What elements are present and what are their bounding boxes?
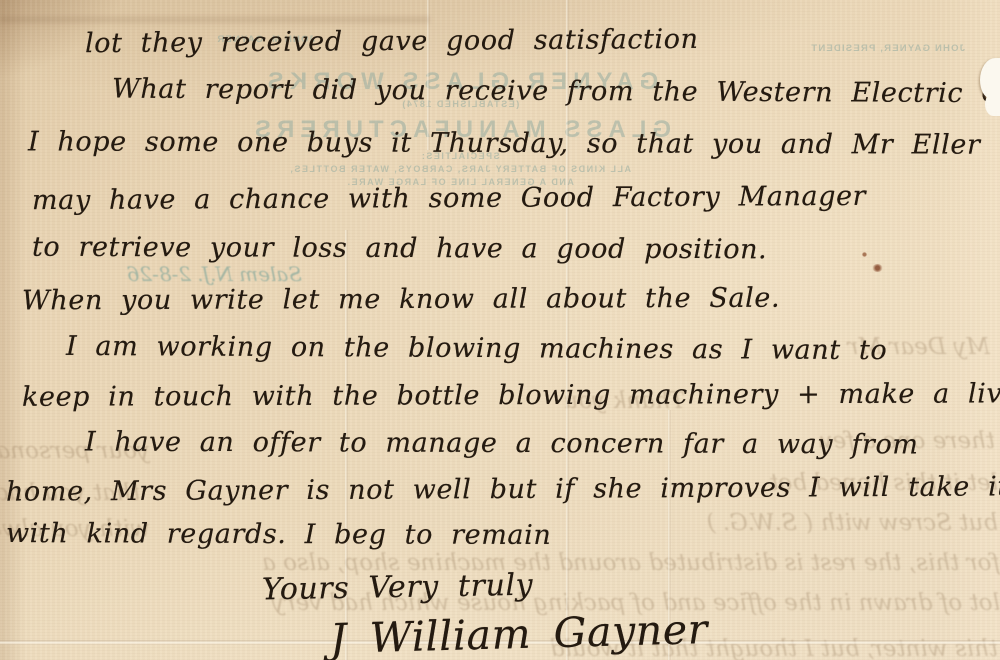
letter-line: What report did you receive from the Wes… (112, 74, 1000, 110)
letter-scan: JOHN M. GAYNER JOHN GAYNER, PRESIDENT GA… (0, 0, 1000, 660)
bleed-handwriting-line: but Screw with ( S.W.G. ) cut (700, 510, 998, 536)
bleed-dateline: Salem N.J. 2-8-26 (82, 262, 302, 286)
letter-signature: J William Gayner (329, 605, 708, 660)
fold-shadow (0, 16, 430, 23)
bleed-specialties-line1: ALL KINDS OF BATTERY JARS, CARBOYS, WATE… (245, 164, 675, 174)
letter-line: keep in touch with the bottle blowing ma… (22, 378, 1000, 413)
letter-line: I have an offer to manage a concern far … (85, 427, 919, 461)
bleed-officer-right: JOHN GAYNER, PRESIDENT (755, 43, 965, 54)
letter-line: I hope some one buys it Thursday, so tha… (28, 126, 981, 160)
letter-line: lot they received gave good satisfaction (85, 24, 699, 59)
letter-line: to retrieve your loss and have a good po… (32, 232, 767, 266)
letter-line: home, Mrs Gayner is not well but if she … (6, 471, 1000, 507)
letter-line: may have a chance with some Good Factory… (32, 181, 866, 216)
letter-line: I am working on the blowing machines as … (66, 331, 887, 366)
letter-line: When you write let me know all about the… (22, 283, 780, 317)
letter-line: with kind regards. I beg to remain (6, 518, 551, 551)
letter-closing: Yours Very truly (262, 568, 534, 608)
paper-chip (985, 92, 1000, 116)
stain-spot (872, 264, 883, 272)
stain-spot (862, 252, 867, 257)
